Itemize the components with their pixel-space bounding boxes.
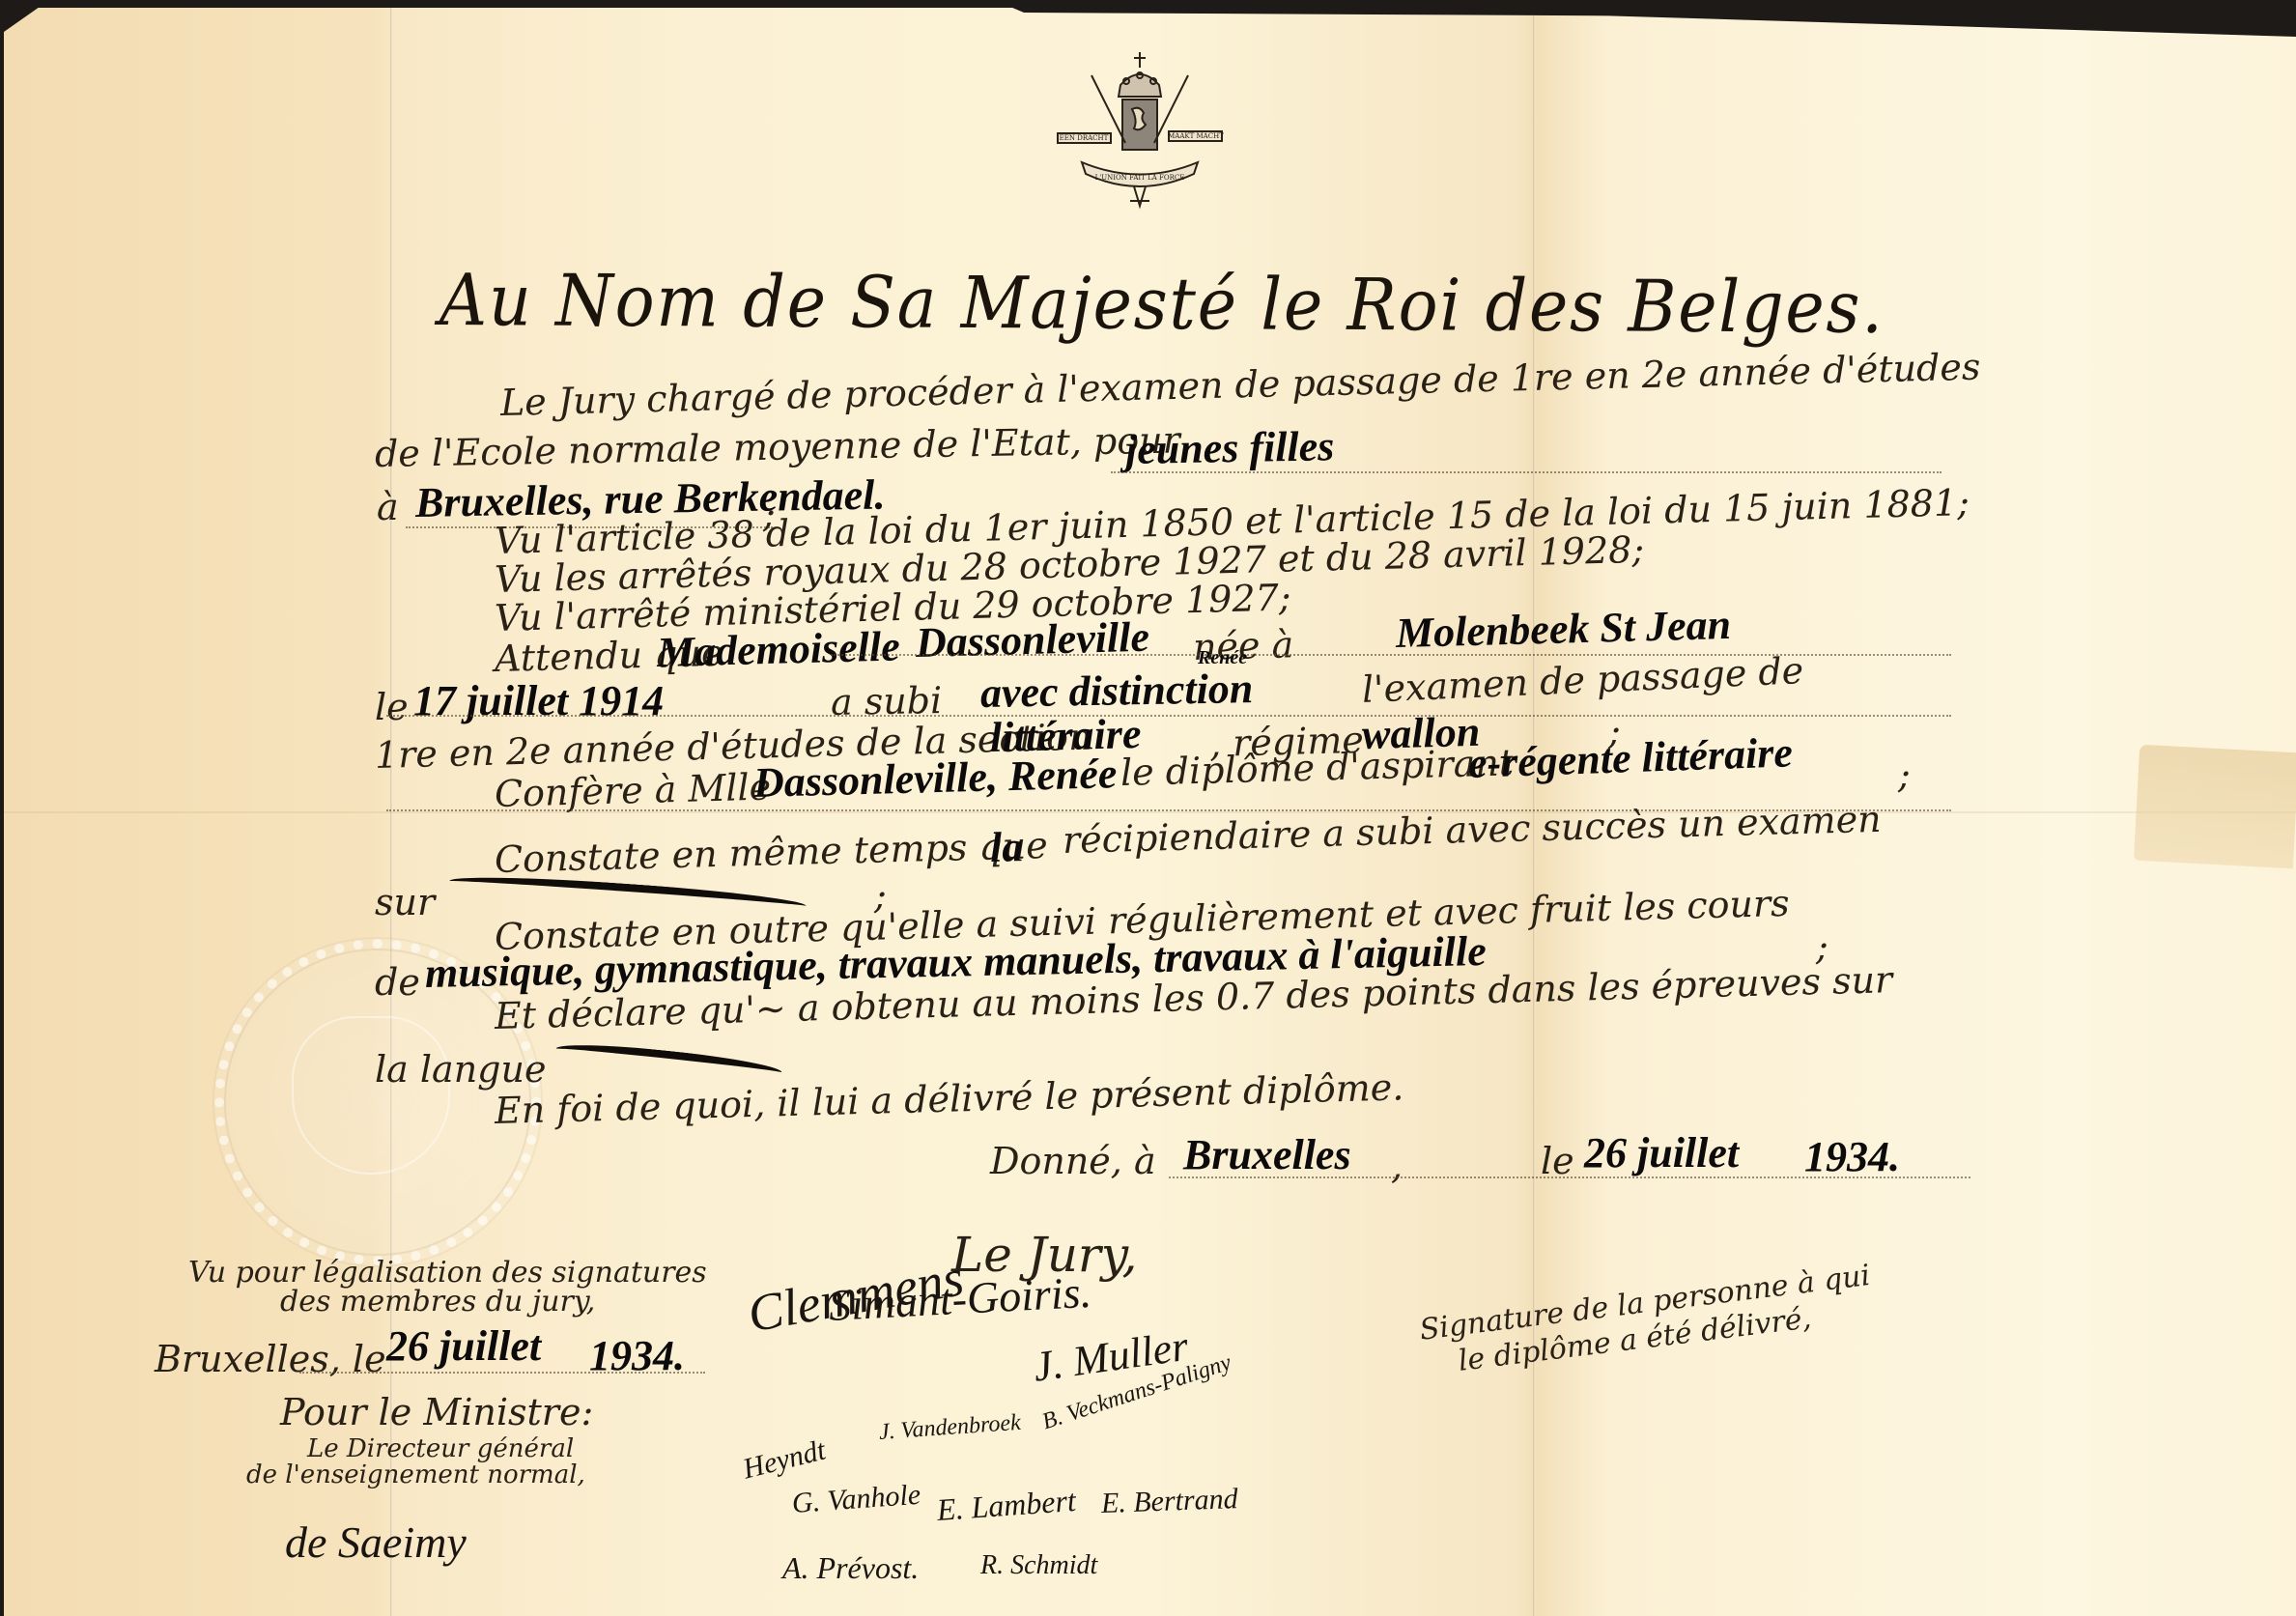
body-line-place-pre: à (377, 486, 399, 528)
tape-patch (2134, 745, 2296, 868)
dotted-fill-line (386, 715, 1951, 717)
jury-signature-10: A. Prévost. (782, 1550, 919, 1586)
director-line-2: de l'enseignement normal, (246, 1460, 585, 1489)
jury-signature-9: E. Bertrand (1100, 1483, 1238, 1520)
director-signature: de Saeimy (285, 1517, 467, 1568)
body-line-langue: la langue (375, 1048, 546, 1091)
svg-text:L'UNION FAIT LA FORCE: L'UNION FAIT LA FORCE (1095, 174, 1185, 182)
given-place-fill: Bruxelles (1183, 1130, 1351, 1179)
given-date-fill: 26 juillet (1584, 1128, 1739, 1177)
birthdate-fill: 17 juillet 1914 (413, 676, 664, 725)
seal-emblem-icon (292, 1016, 450, 1175)
legalisation-line-2: des membres du jury, (280, 1285, 595, 1318)
for-minister-label: Pour le Ministre: (280, 1391, 593, 1433)
body-line-sur: sur (375, 881, 435, 923)
given-year: 1934. (1804, 1132, 1900, 1181)
recipient-title-fill: Mademoiselle (656, 621, 900, 677)
legalisation-date: 26 juillet (386, 1321, 541, 1371)
dotted-fill-line (1111, 471, 1942, 473)
dotted-fill-line (299, 1372, 705, 1374)
article-fill: la (989, 822, 1024, 872)
jury-signature-11: R. Schmidt (980, 1550, 1097, 1581)
dotted-fill-line (1169, 1177, 1970, 1178)
body-line-confere: Confère à Mlle (494, 766, 771, 815)
belgian-coat-of-arms-icon: EEN DRACHT MAAKT MACHT L'UNION FAIT LA F… (1053, 46, 1227, 225)
body-line-confere-post: ; (1898, 753, 1911, 796)
body-line-de: de (375, 961, 420, 1004)
given-at-label: Donné, à (990, 1140, 1156, 1182)
recipient-fullname-fill: Dassonleville, Renée (752, 749, 1118, 808)
svg-text:EEN DRACHT: EEN DRACHT (1060, 134, 1109, 142)
annotation-renee: Renée (1198, 647, 1247, 669)
fold-line-horizontal (4, 811, 2296, 813)
svg-text:MAAKT MACHT: MAAKT MACHT (1168, 132, 1224, 140)
body-line-a-subi: a subi (831, 679, 943, 723)
given-sep: , (1391, 1145, 1403, 1187)
birthplace-fill: Molenbeek St Jean (1395, 600, 1731, 658)
recipient-surname-fill: Dassonleville (915, 612, 1149, 667)
school-type-fill: jeunes filles (1125, 421, 1335, 474)
director-line-1: Le Directeur général (307, 1434, 574, 1463)
diploma-title: Au Nom de Sa Majesté le Roi des Belges. (439, 259, 1885, 350)
legalisation-place: Bruxelles, le (155, 1338, 386, 1380)
body-line-le: le (375, 686, 409, 728)
